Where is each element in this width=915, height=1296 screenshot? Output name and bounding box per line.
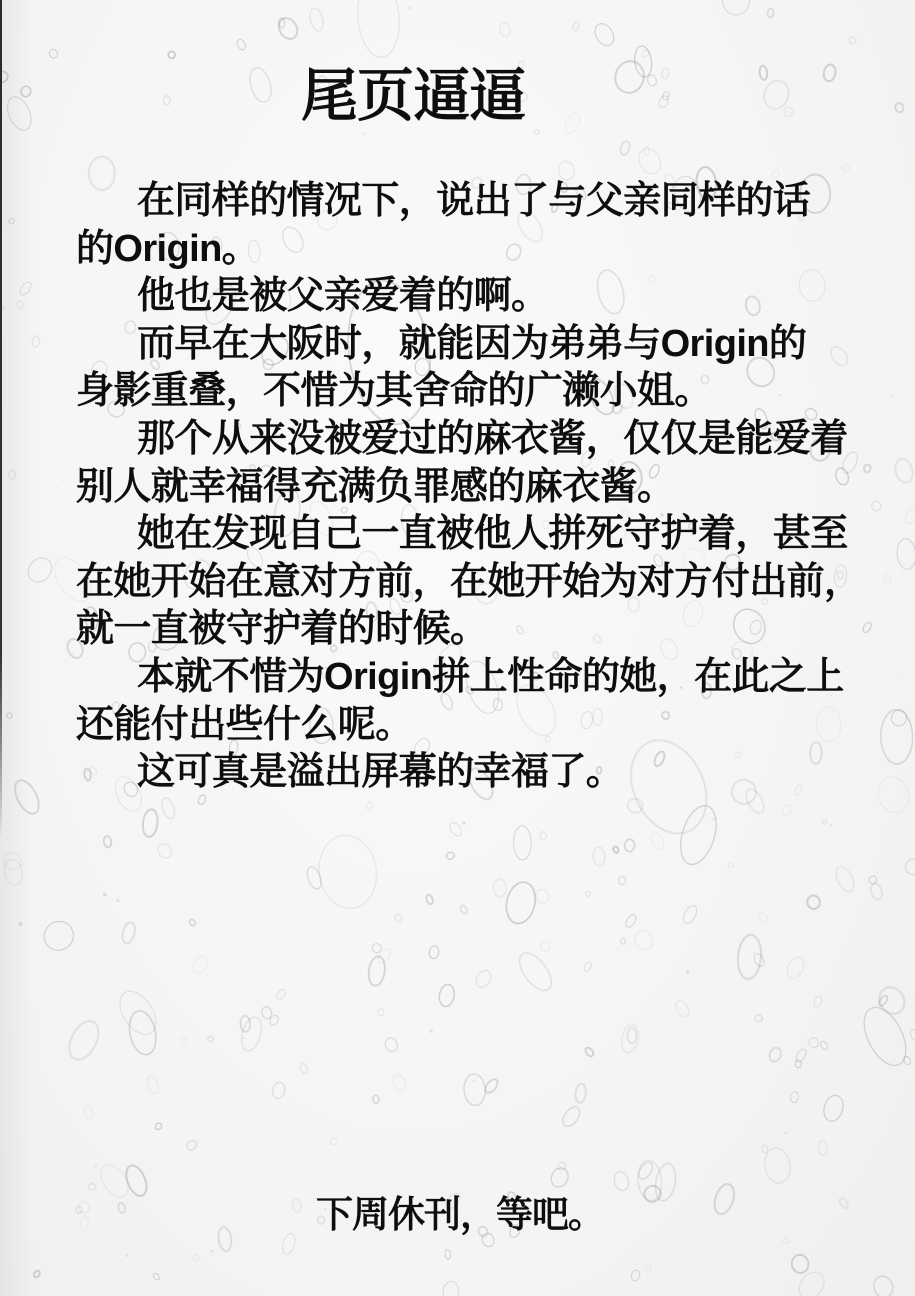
scan-edge-artifact (0, 0, 2, 840)
afterword-line: 他也是被父亲爱着的啊。 (76, 273, 861, 321)
afterword-line: 的Origin。 (76, 226, 861, 274)
footer-note: 下周休刊，等吧。 (316, 1193, 604, 1237)
afterword-line: 这可真是溢出屏幕的幸福了。 (76, 749, 861, 797)
afterword-line: 还能付出些什么呢。 (76, 702, 861, 750)
afterword-line: 在她开始在意对方前，在她开始为对方付出前， (76, 559, 861, 607)
afterword-line: 在同样的情况下，说出了与父亲同样的话 (76, 178, 861, 226)
afterword-line: 身影重叠，不惜为其舍命的广濑小姐。 (76, 368, 861, 416)
left-scan-shade (0, 0, 34, 1296)
afterword-line: 本就不惜为Origin拼上性命的她，在此之上 (76, 654, 861, 702)
afterword-line: 别人就幸福得充满负罪感的麻衣酱。 (76, 464, 861, 512)
afterword-line: 那个从来没被爱过的麻衣酱，仅仅是能爱着 (76, 416, 861, 464)
afterword-line: 就一直被守护着的时候。 (76, 606, 861, 654)
afterword-text: 在同样的情况下，说出了与父亲同样的话的Origin。他也是被父亲爱着的啊。而早在… (76, 178, 861, 797)
afterword-line: 她在发现自己一直被他人拼死守护着，甚至 (76, 511, 861, 559)
manga-afterword-page: 尾页逼逼 在同样的情况下，说出了与父亲同样的话的Origin。他也是被父亲爱着的… (0, 0, 915, 1296)
page-title: 尾页逼逼 (301, 63, 525, 129)
afterword-line: 而早在大阪时，就能因为弟弟与Origin的 (76, 321, 861, 369)
